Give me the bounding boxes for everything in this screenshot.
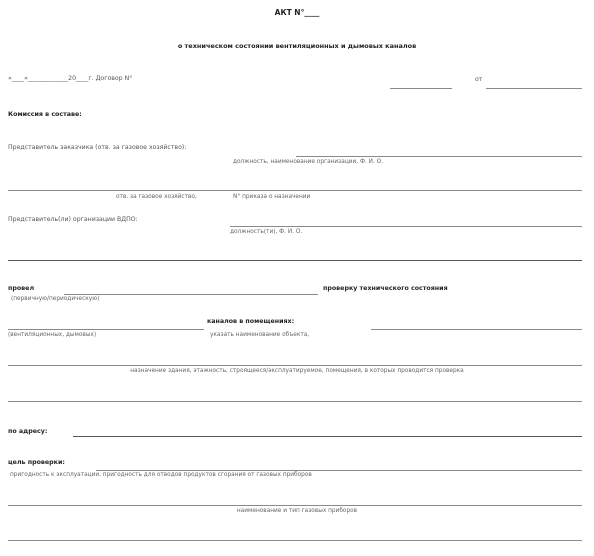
gas-responsible-field[interactable] (8, 190, 582, 191)
vdpo-rep-field[interactable] (230, 226, 582, 227)
act-title: АКТ N°____ (0, 8, 594, 17)
building-field-2[interactable] (8, 401, 582, 402)
purpose-label: цель проверки: (8, 459, 65, 466)
customer-rep-label: Представитель заказчика (отв. за газовое… (8, 144, 186, 151)
vdpo-rep-field-2[interactable] (8, 260, 582, 261)
act-subtitle: о техническом состоянии вентиляционных и… (0, 42, 594, 50)
object-name-field[interactable] (371, 329, 582, 330)
vdpo-rep-label: Представитель(ли) организации ВДПО: (8, 216, 138, 223)
vdpo-rep-hint: должность(ти), Ф. И. О. (230, 229, 302, 235)
customer-rep-field[interactable] (296, 156, 582, 157)
gas-devices-hint: наименование и тип газовых приборов (0, 508, 594, 514)
purpose-field[interactable] (96, 470, 582, 471)
channel-type-hint: (вентиляционных, дымовых) (8, 332, 96, 338)
order-number-hint: N° приказа о назначении (233, 194, 310, 200)
building-field[interactable] (8, 365, 582, 366)
commission-heading: Комиссия в составе: (8, 111, 82, 118)
object-hint: указать наименование объекта, (210, 332, 309, 338)
inspection-label: проверку технического состояния (323, 285, 448, 292)
contract-date-field[interactable] (486, 88, 582, 89)
purpose-hint: пригодность к эксплуатации, пригодность … (10, 472, 312, 478)
address-label: по адресу: (8, 428, 47, 435)
from-label: от (475, 76, 482, 83)
channel-type-field[interactable] (8, 329, 204, 330)
channels-label: каналов в помещениях: (207, 318, 294, 325)
inspection-type-hint: (первичную/периодическую) (11, 296, 99, 302)
date-contract-line: «____»_____________20____г. Договор N° (8, 75, 132, 82)
gas-responsible-hint: отв. за газовое хозяйство, (116, 194, 197, 200)
gas-devices-field[interactable] (8, 505, 582, 506)
conducted-label: провел (8, 285, 34, 292)
gas-devices-field-2[interactable] (8, 540, 582, 541)
inspection-type-field[interactable] (64, 294, 318, 295)
address-field[interactable] (73, 436, 582, 437)
building-hint: назначение здания, этажность, строящееся… (0, 368, 594, 374)
contract-number-field[interactable] (390, 88, 452, 89)
customer-rep-hint: должность, наименование организации, Ф. … (233, 159, 383, 165)
